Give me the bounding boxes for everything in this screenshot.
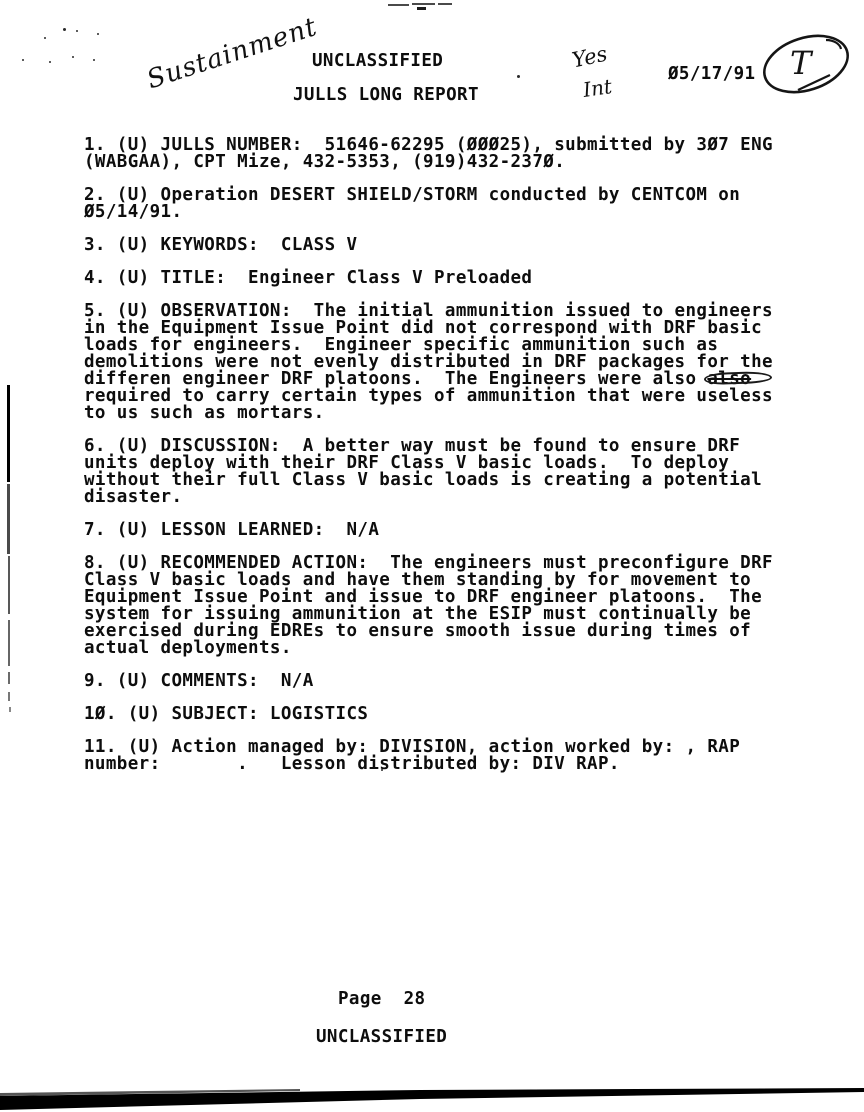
paragraph-line: without their full Class V basic loads i… xyxy=(84,472,794,489)
scan-speck xyxy=(93,59,95,61)
footer-page-number: Page 28 xyxy=(338,989,426,1009)
scan-speck xyxy=(517,75,520,78)
report-body: 1. (U) JULLS NUMBER: 51646-62295 (ØØØ25)… xyxy=(84,137,794,789)
circled-letter-annotation: T xyxy=(756,28,856,100)
paragraph-line: number: . Lesson distributed by: DIV RAP… xyxy=(84,756,794,773)
handwritten-sustainment-note: Sustainment xyxy=(143,12,321,95)
left-edge-artifact xyxy=(8,692,10,701)
paragraph: 3. (U) KEYWORDS: CLASS V xyxy=(84,237,794,254)
scan-speck xyxy=(22,59,24,61)
paragraph: 8. (U) RECOMMENDED ACTION: The engineers… xyxy=(84,555,794,657)
handwritten-yes-note: Yes xyxy=(570,42,609,73)
circled-letter: T xyxy=(790,44,811,82)
report-title: JULLS LONG REPORT xyxy=(293,85,479,105)
scan-speck xyxy=(44,37,46,39)
paragraph-line: (WABGAA), CPT Mize, 432-5353, (919)432-2… xyxy=(84,154,794,171)
footer-classification: UNCLASSIFIED xyxy=(316,1027,447,1047)
bottom-scan-bar xyxy=(0,1082,864,1112)
paragraph-line: to us such as mortars. xyxy=(84,405,794,422)
scan-dash xyxy=(438,3,452,5)
left-edge-artifact xyxy=(7,484,10,554)
report-date: Ø5/17/91 xyxy=(668,64,756,84)
left-edge-artifact xyxy=(9,707,11,712)
header-classification: UNCLASSIFIED xyxy=(312,51,443,71)
scan-speck xyxy=(49,61,51,63)
paragraph: 11. (U) Action managed by: DIVISION, act… xyxy=(84,739,794,773)
left-edge-artifact xyxy=(8,556,10,614)
paragraph: 6. (U) DISCUSSION: A better way must be … xyxy=(84,438,794,506)
paragraph: 5. (U) OBSERVATION: The initial ammuniti… xyxy=(84,303,794,422)
left-edge-artifact xyxy=(7,385,10,482)
paragraph: 2. (U) Operation DESERT SHIELD/STORM con… xyxy=(84,187,794,221)
paragraph-line: 1Ø. (U) SUBJECT: LOGISTICS xyxy=(84,706,794,723)
scan-dash xyxy=(412,3,435,5)
paragraph-line: 4. (U) TITLE: Engineer Class V Preloaded xyxy=(84,270,794,287)
paragraph-line: 3. (U) KEYWORDS: CLASS V xyxy=(84,237,794,254)
scan-dash xyxy=(417,7,426,10)
scan-speck xyxy=(97,33,99,35)
scan-speck xyxy=(72,56,74,58)
paragraph: 1Ø. (U) SUBJECT: LOGISTICS xyxy=(84,706,794,723)
handwritten-int-note: Int xyxy=(581,74,613,102)
scan-speck xyxy=(63,28,66,31)
paragraph: 4. (U) TITLE: Engineer Class V Preloaded xyxy=(84,270,794,287)
paragraph-line: 7. (U) LESSON LEARNED: N/A xyxy=(84,522,794,539)
scan-speck xyxy=(76,30,78,32)
paragraph-line: actual deployments. xyxy=(84,640,794,657)
paragraph: 1. (U) JULLS NUMBER: 51646-62295 (ØØØ25)… xyxy=(84,137,794,171)
paragraph-line: disaster. xyxy=(84,489,794,506)
paragraph-line: 9. (U) COMMENTS: N/A xyxy=(84,673,794,690)
left-edge-artifact xyxy=(8,672,10,684)
left-edge-artifact xyxy=(8,620,10,666)
paragraph: 7. (U) LESSON LEARNED: N/A xyxy=(84,522,794,539)
scan-dash xyxy=(388,4,409,6)
scanned-report-page: Sustainment Yes Int T UNCLASSIFIED JULLS… xyxy=(0,0,864,1112)
paragraph-line: 2. (U) Operation DESERT SHIELD/STORM con… xyxy=(84,187,794,204)
paragraph: 9. (U) COMMENTS: N/A xyxy=(84,673,794,690)
paragraph-line: Ø5/14/91. xyxy=(84,204,794,221)
struck-out-word: also xyxy=(707,369,751,389)
